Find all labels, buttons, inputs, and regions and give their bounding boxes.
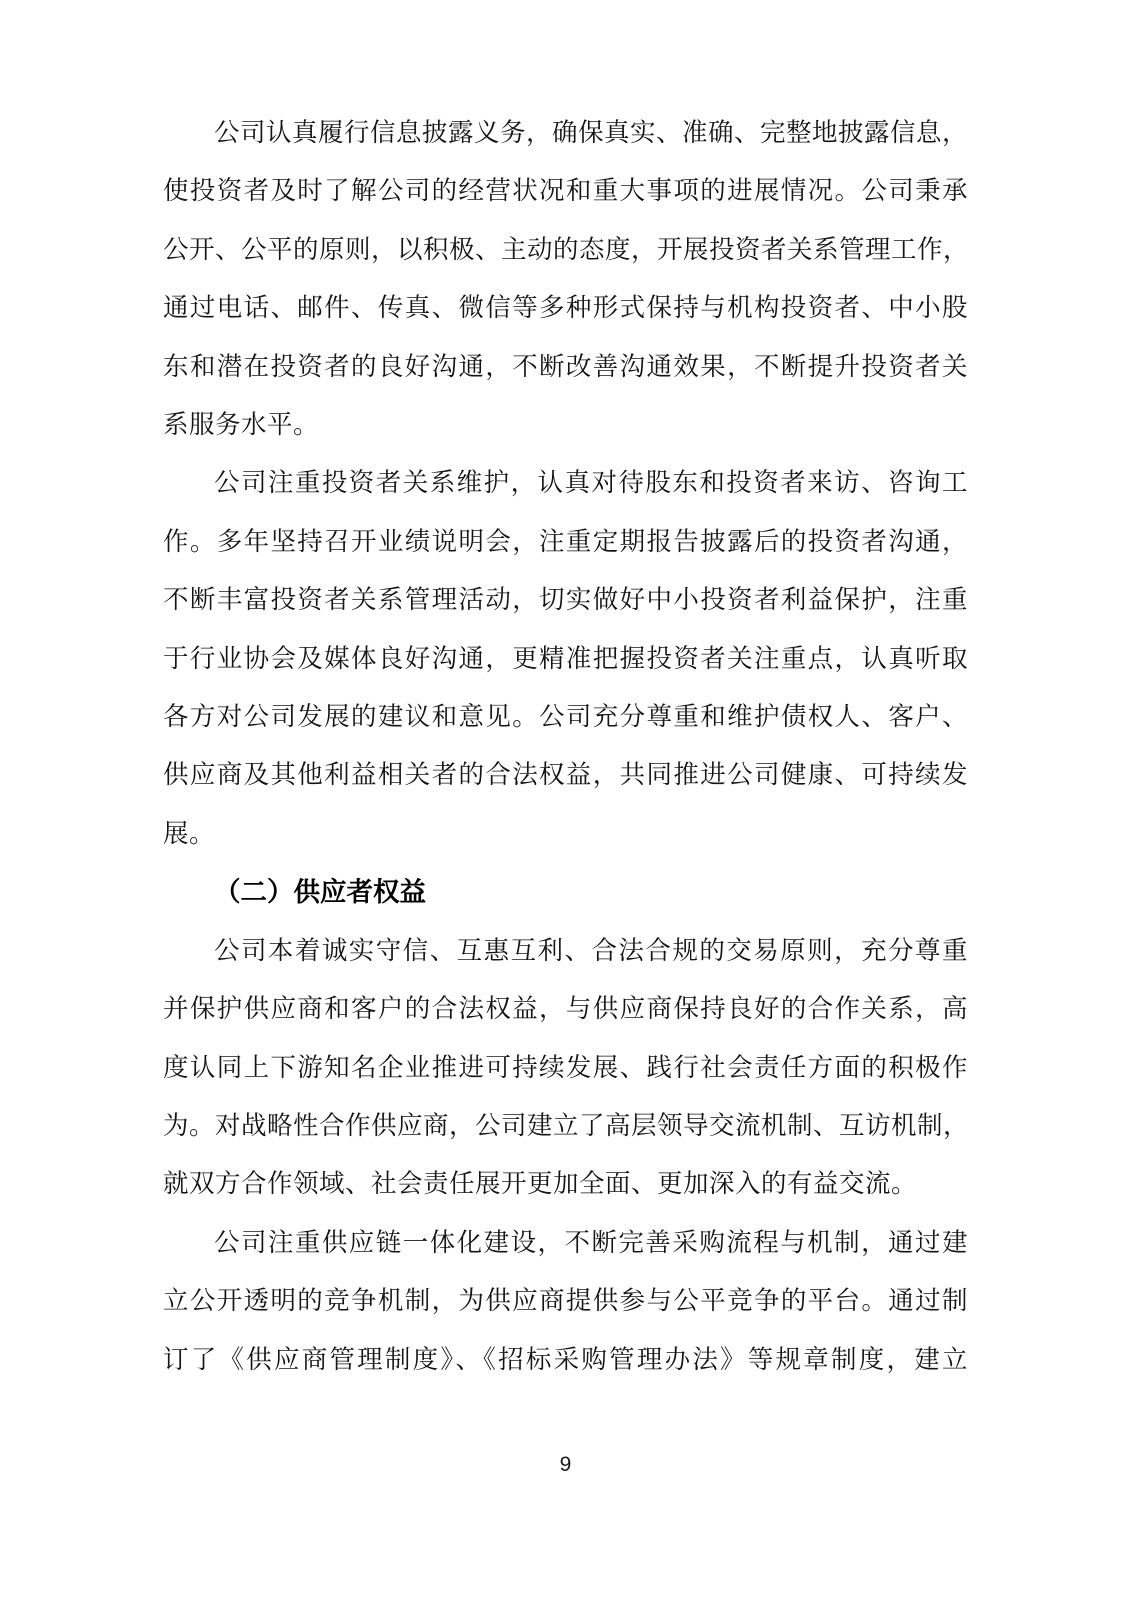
document-page: 公司认真履行信息披露义务，确保真实、准确、完整地披露信息， 使投资者及时了解公司… [0, 0, 1131, 1600]
text-line: 公司注重供应链一体化建设，不断完善采购流程与机制，通过建 [163, 1214, 968, 1272]
text-line: 并保护供应商和客户的合法权益，与供应商保持良好的合作关系，高 [163, 980, 968, 1038]
text-line: 各方对公司发展的建议和意见。公司充分尊重和维护债权人、客户、 [163, 688, 968, 746]
paragraph: 公司本着诚实守信、互惠互利、合法合规的交易原则，充分尊重 并保护供应商和客户的合… [163, 922, 968, 1214]
text-line: 度认同上下游知名企业推进可持续发展、践行社会责任方面的积极作 [163, 1039, 968, 1097]
text-line: 展。 [163, 805, 968, 863]
text-line: 订了《供应商管理制度》、《招标采购管理办法》等规章制度，建立 [163, 1331, 968, 1389]
text-line: 供应商及其他利益相关者的合法权益，共同推进公司健康、可持续发 [163, 746, 968, 804]
text-line: 就双方合作领域、社会责任展开更加全面、更加深入的有益交流。 [163, 1155, 968, 1213]
text-line: 不断丰富投资者关系管理活动，切实做好中小投资者利益保护，注重 [163, 571, 968, 629]
page-number: 9 [0, 1450, 1131, 1480]
text-line: 为。对战略性合作供应商，公司建立了高层领导交流机制、互访机制， [163, 1097, 968, 1155]
text-line: 东和潜在投资者的良好沟通，不断改善沟通效果，不断提升投资者关 [163, 338, 968, 396]
text-line: 公司本着诚实守信、互惠互利、合法合规的交易原则，充分尊重 [163, 922, 968, 980]
text-line: 作。多年坚持召开业绩说明会，注重定期报告披露后的投资者沟通， [163, 513, 968, 571]
paragraph: 公司注重供应链一体化建设，不断完善采购流程与机制，通过建 立公开透明的竞争机制，… [163, 1214, 968, 1389]
text-line: 系服务水平。 [163, 396, 968, 454]
text-line: 公开、公平的原则，以积极、主动的态度，开展投资者关系管理工作， [163, 221, 968, 279]
text-line: 通过电话、邮件、传真、微信等多种形式保持与机构投资者、中小股 [163, 279, 968, 337]
text-line: 使投资者及时了解公司的经营状况和重大事项的进展情况。公司秉承 [163, 162, 968, 220]
body-text: 公司认真履行信息披露义务，确保真实、准确、完整地披露信息， 使投资者及时了解公司… [163, 104, 968, 1389]
text-line: 立公开透明的竞争机制，为供应商提供参与公平竞争的平台。通过制 [163, 1272, 968, 1330]
paragraph: 公司认真履行信息披露义务，确保真实、准确、完整地披露信息， 使投资者及时了解公司… [163, 104, 968, 454]
text-line: 公司注重投资者关系维护，认真对待股东和投资者来访、咨询工 [163, 454, 968, 512]
text-line: 于行业协会及媒体良好沟通，更精准把握投资者关注重点，认真听取 [163, 630, 968, 688]
section-heading: （二）供应者权益 [163, 863, 968, 921]
paragraph: 公司注重投资者关系维护，认真对待股东和投资者来访、咨询工 作。多年坚持召开业绩说… [163, 454, 968, 863]
text-line: 公司认真履行信息披露义务，确保真实、准确、完整地披露信息， [163, 104, 968, 162]
